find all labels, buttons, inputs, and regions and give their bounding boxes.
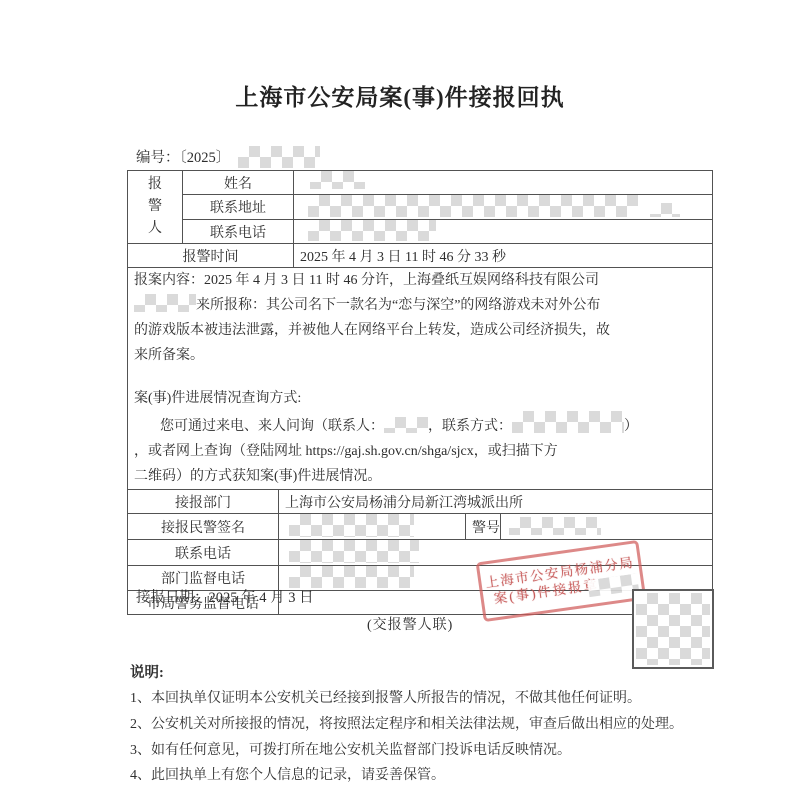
name-label: 姓名 [183,171,294,195]
address-value-cell [294,195,713,220]
progress-line1-b: ，联系方式： [428,419,512,434]
badge-label: 警号 [466,514,501,540]
note-1: 1、本回执单仅证明本公安机关已经接到报警人所报告的情况，不做其他任何证明。 [130,687,641,707]
qr-redaction [636,593,710,665]
dept-label: 接报部门 [128,490,279,514]
spacer [134,368,706,386]
phone-label: 联系电话 [183,220,294,244]
name-redaction [310,171,365,189]
contact-label: 联系电话 [128,540,279,566]
table-row: 报警时间 2025 年 4 月 3 日 11 时 46 分 33 秒 [128,244,713,268]
qr-code-redacted [632,589,714,669]
address-redaction-2 [650,203,680,217]
address-redaction [308,195,638,217]
report-time-value: 2025 年 4 月 3 日 11 时 46 分 33 秒 [294,244,713,268]
progress-line1-c: ） [624,419,638,434]
case-content-line2-text: 来所报称：其公司名下一款名为“恋与深空”的网络游戏未对外公布 [196,298,600,313]
badge-value-cell [501,514,713,540]
progress-heading: 案(事)件进展情况查询方式: [134,386,706,411]
doc-number-redaction [238,146,320,168]
reporter-group-label: 报警人 [128,171,183,244]
doc-number-label: 编号： [136,150,180,166]
phone-redaction [308,220,436,241]
name-value-cell [294,171,713,195]
table-row: 联系电话 [128,220,713,244]
receipt-date-label: 接报日期： [136,590,209,606]
report-time-label: 报警时间 [128,244,294,268]
doc-number-line: 编号：〔2025〕 [136,146,320,168]
copy-note: (交报警人联) [367,614,453,634]
table-row: 接报部门 上海市公安局杨浦分局新江湾城派出所 [128,490,713,514]
notes-heading: 说明: [130,661,164,682]
doc-number-year: 〔2025〕 [180,150,231,166]
note-4: 4、此回执单上有您个人信息的记录，请妥善保管。 [130,764,445,784]
receipt-date-value: 2025 年 4 月 3 日 [209,590,314,606]
address-label: 联系地址 [183,195,294,220]
note-3: 3、如有任何意见，可拨打所在地公安机关监督部门投诉电话反映情况。 [130,739,571,759]
phone-value-cell [294,220,713,244]
officer-signature-cell [279,514,466,540]
case-content-cell: 报案内容：2025 年 4 月 3 日 11 时 46 分许，上海叠纸互娱网络科… [128,268,713,490]
case-content-line2: 来所报称：其公司名下一款名为“恋与深空”的网络游戏未对外公布 [134,293,706,318]
signature-redaction [289,514,414,537]
case-content-line3: 的游戏版本被违法泄露，并被他人在网络平台上转发，造成公司经济损失，故 [134,318,706,343]
progress-line3: 二维码）的方式获知案(事)件进展情况。 [134,464,706,489]
content-redaction [134,294,196,312]
progress-line1: 您可通过来电、来人问询（联系人：，联系方式：） [134,411,706,439]
table-row: 联系地址 [128,195,713,220]
badge-redaction [509,517,601,535]
dept-supervise-redaction [289,566,414,588]
dept-value: 上海市公安局杨浦分局新江湾城派出所 [279,490,713,514]
receipt-date-line: 接报日期：2025 年 4 月 3 日 [136,586,314,607]
receipt-document: 上海市公安局案(事)件接报回执 编号：〔2025〕 报警人 姓名 联系地址 联系… [0,0,800,810]
contact-redaction [289,540,419,563]
case-content-line1: 报案内容：2025 年 4 月 3 日 11 时 46 分许，上海叠纸互娱网络科… [134,268,706,293]
note-2: 2、公安机关对所接报的情况，将按照法定程序和相关法律法规，审查后做出相应的处理。 [130,713,683,733]
contact-person-redaction [384,417,428,433]
table-row: 接报民警签名 警号 [128,514,713,540]
progress-line1-a: 您可通过来电、来人问询（联系人： [160,419,384,434]
table-row: 报案内容：2025 年 4 月 3 日 11 时 46 分许，上海叠纸互娱网络科… [128,268,713,490]
contact-method-redaction [512,411,624,433]
document-title: 上海市公安局案(事)件接报回执 [0,79,800,112]
table-row: 报警人 姓名 [128,171,713,195]
case-content-line4: 来所备案。 [134,343,706,368]
officer-label: 接报民警签名 [128,514,279,540]
progress-line2: ，或者网上查询（登陆网址 https://gaj.sh.gov.cn/shga/… [134,439,706,464]
